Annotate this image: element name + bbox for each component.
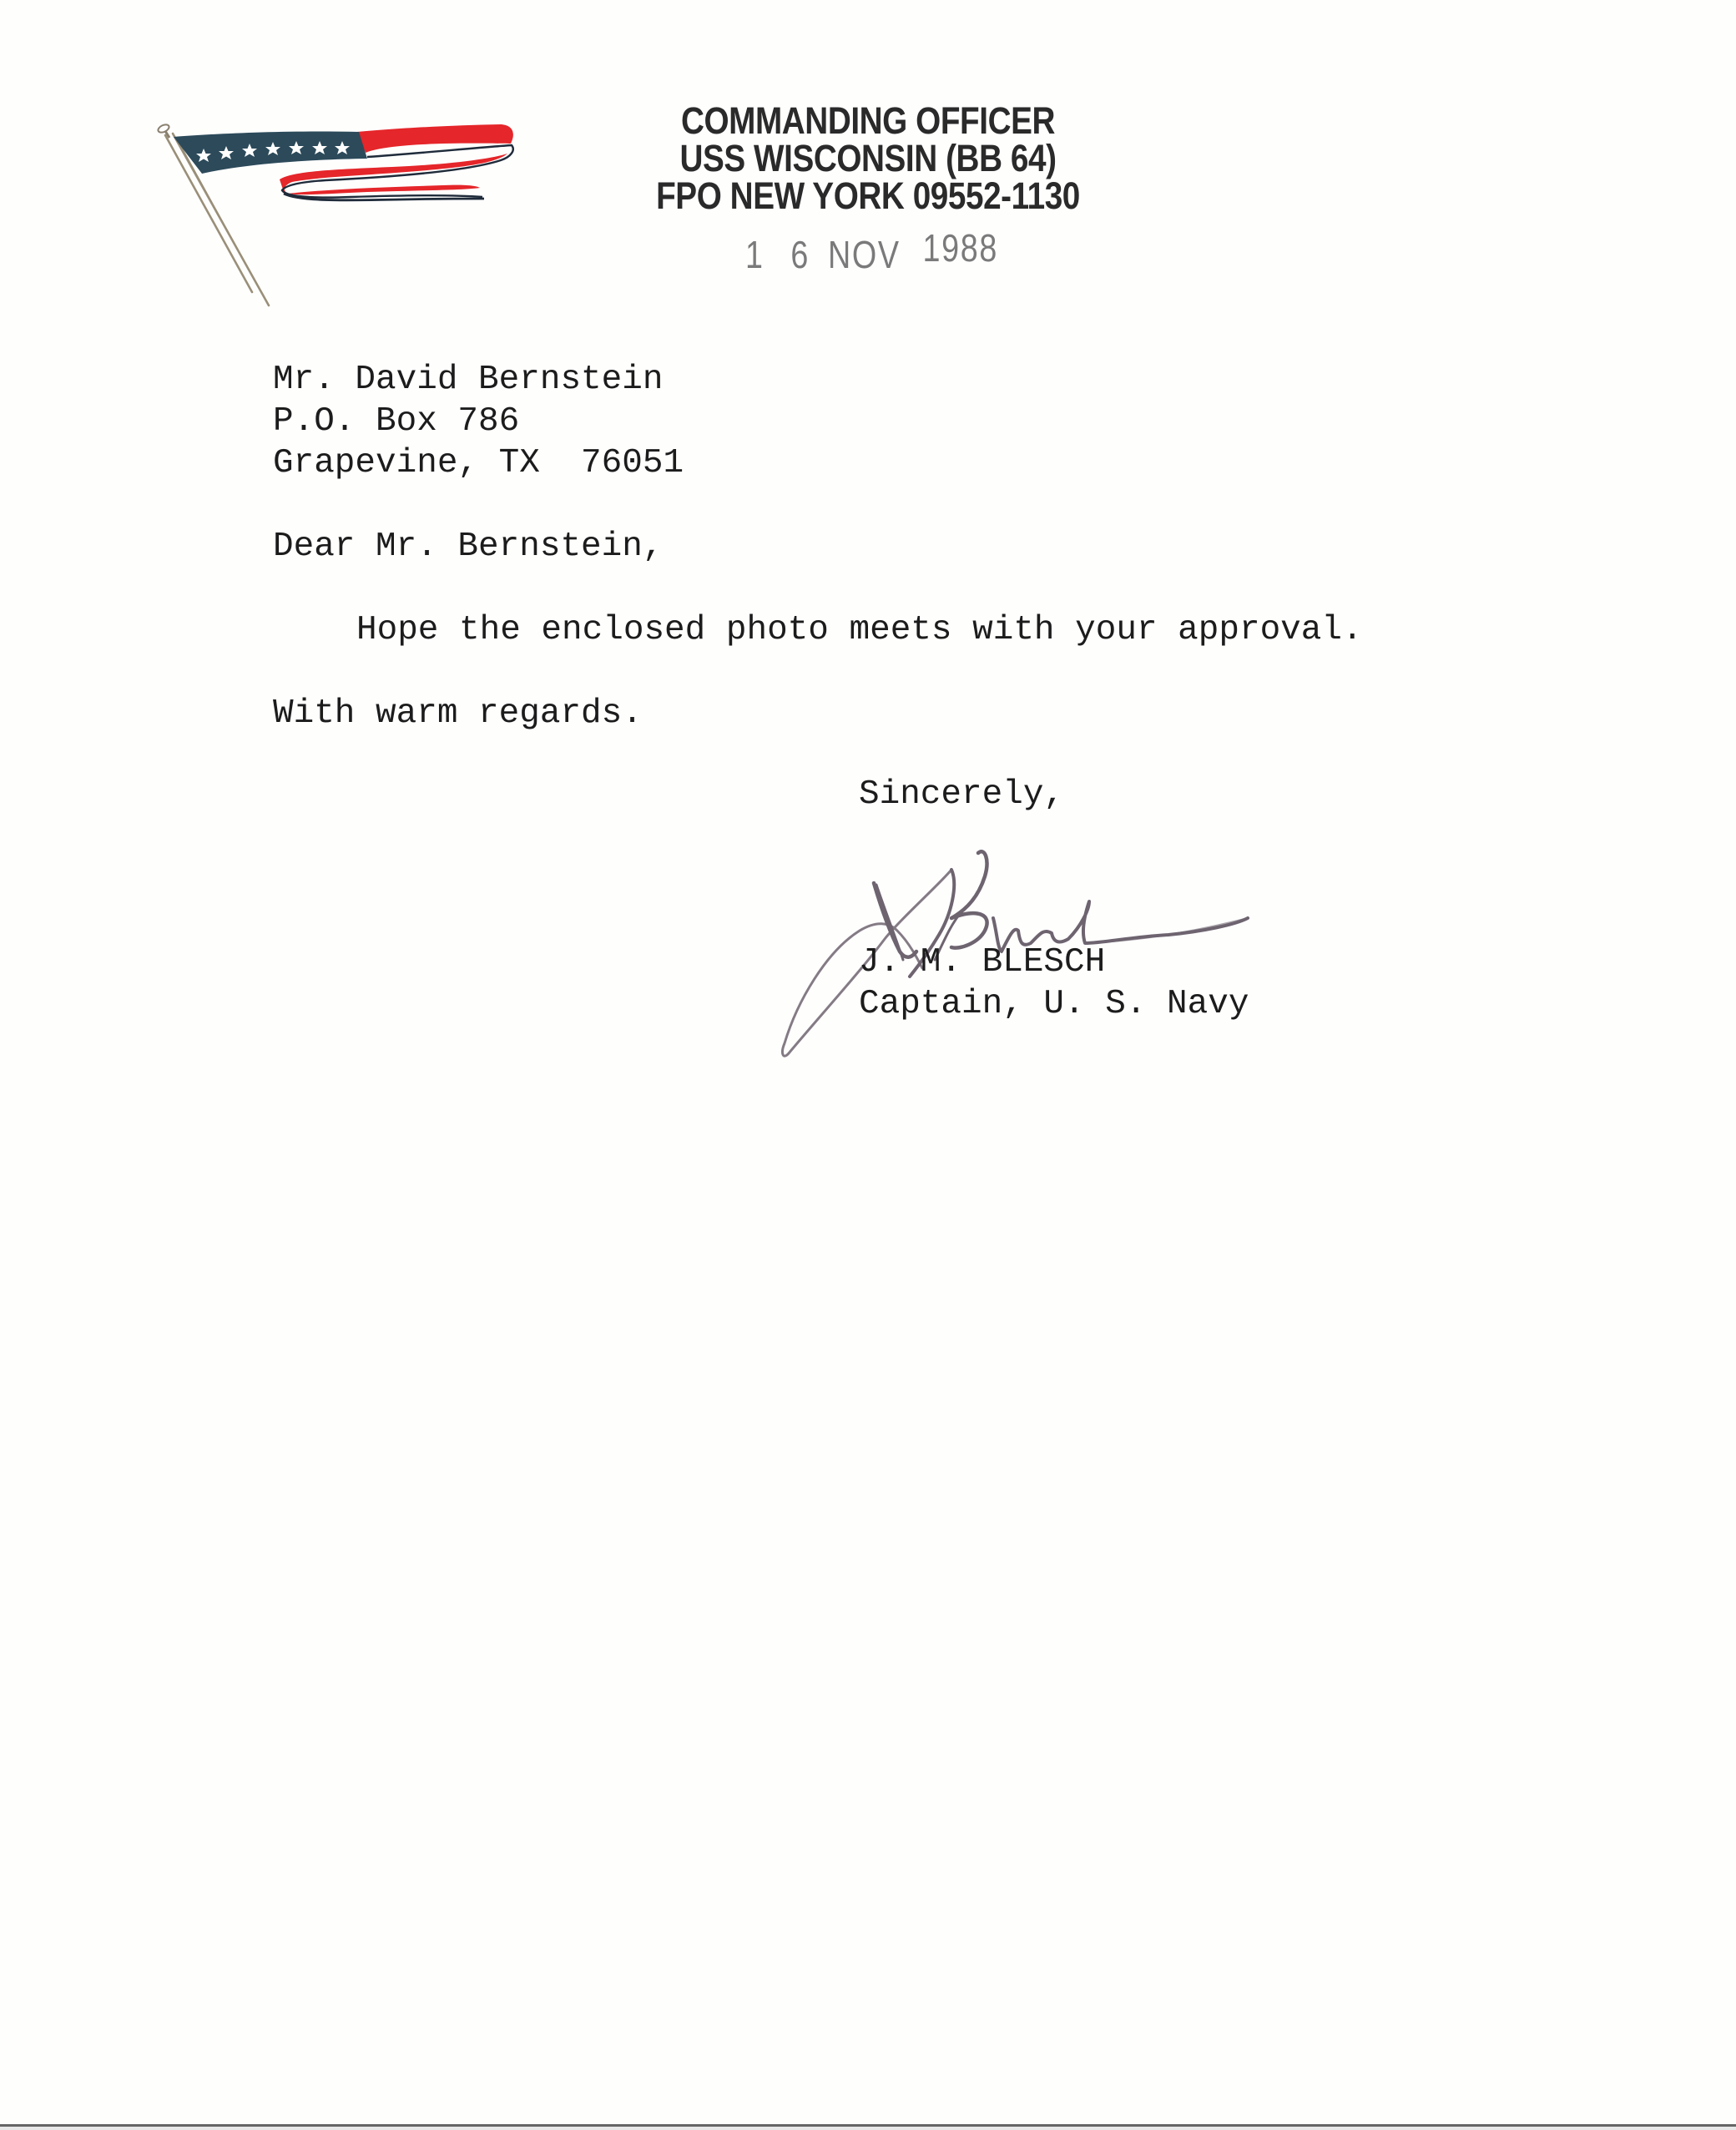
closing-remark: With warm regards. — [273, 693, 643, 734]
recipient-address-line-1: P.O. Box 786 — [273, 401, 684, 442]
salutation: Dear Mr. Bernstein, — [273, 526, 663, 568]
recipient-name: Mr. David Bernstein — [273, 359, 684, 401]
scan-background — [0, 2127, 1736, 2130]
body-paragraph: Hope the enclosed photo meets with your … — [356, 609, 1363, 651]
letter-page: COMMANDING OFFICER USS WISCONSIN (BB 64)… — [0, 0, 1736, 2125]
letterhead-address: FPO NEW YORK 09552-1130 — [581, 177, 1155, 215]
date-stamp: 1 6 NOV 1988 — [745, 232, 998, 277]
letterhead: COMMANDING OFFICER USS WISCONSIN (BB 64)… — [534, 102, 1202, 215]
american-flag-icon — [125, 83, 542, 317]
date-day: 1 6 — [745, 233, 818, 276]
recipient-address: Mr. David BernsteinP.O. Box 786Grapevine… — [273, 359, 684, 484]
complimentary-close: Sincerely, — [859, 774, 1064, 815]
date-month: NOV — [828, 233, 901, 276]
recipient-address-line-2: Grapevine, TX 76051 — [273, 442, 684, 484]
signer-name: J. M. BLESCH — [859, 941, 1105, 983]
date-year: 1988 — [923, 225, 998, 270]
signer-title: Captain, U. S. Navy — [859, 983, 1249, 1025]
letterhead-title: COMMANDING OFFICER — [581, 102, 1155, 139]
letterhead-ship: USS WISCONSIN (BB 64) — [581, 139, 1155, 177]
